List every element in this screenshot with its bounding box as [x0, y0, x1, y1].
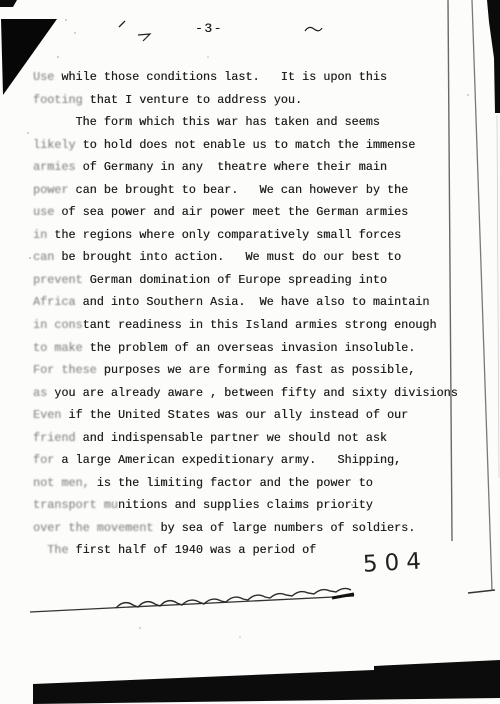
faded-cutoff-text: Use — [33, 70, 61, 84]
faded-cutoff-text: over the movement — [33, 521, 160, 535]
faint-edge-line — [497, 115, 499, 478]
black-scan-band — [33, 660, 500, 704]
faded-cutoff-text: friend — [33, 431, 83, 445]
line-text: purposes we are forming as fast as possi… — [104, 363, 416, 377]
text-line: Even if the United States was our ally i… — [33, 404, 473, 427]
line-text: you are already aware , between fifty an… — [54, 386, 458, 400]
faded-cutoff-text: for — [33, 453, 61, 467]
line-text: if the United States was our ally instea… — [68, 408, 408, 422]
text-line: armies of Germany in any theatre where t… — [33, 156, 473, 179]
text-line: Africa and into Southern Asia. We have a… — [33, 291, 473, 314]
pen-tilde-mark — [305, 27, 322, 31]
line-text: and indispensable partner we should not … — [83, 431, 387, 445]
text-line: likely to hold does not enable us to mat… — [33, 134, 473, 157]
faded-cutoff-text: as — [33, 386, 54, 400]
text-line: not men, is the limiting factor and the … — [33, 472, 473, 495]
document-lines: Use while those conditions last. It is u… — [33, 66, 473, 562]
pen-line — [30, 596, 354, 612]
faded-cutoff-text: The — [47, 543, 75, 557]
line-text: the regions where only comparatively sma… — [54, 228, 401, 242]
line-text: by sea of large numbers of soldiers. — [160, 521, 415, 535]
page-number: -3- — [195, 21, 223, 36]
handwritten-stamp: 504 — [362, 548, 428, 577]
faded-cutoff-text: in cons — [33, 318, 83, 332]
text-line: to make the problem of an overseas invas… — [33, 337, 473, 360]
faded-cutoff-text: likely — [33, 138, 83, 152]
text-line: for a large American expeditionary army.… — [33, 449, 473, 472]
faded-cutoff-text: prevent — [33, 273, 90, 287]
line-text: German domination of Europe spreading in… — [90, 273, 387, 287]
pen-tick-left — [119, 21, 125, 27]
text-line: in the regions where only comparatively … — [33, 224, 473, 247]
faded-cutoff-text: Even — [33, 408, 68, 422]
line-text: can be brought to bear. We can however b… — [75, 183, 408, 197]
text-line: Use while those conditions last. It is u… — [33, 66, 473, 89]
text-line: prevent German domination of Europe spre… — [33, 269, 473, 292]
scanned-letter-page: -3- Use while those conditions last. It … — [0, 0, 500, 704]
line-text: tant readiness in this Island armies str… — [83, 318, 437, 332]
line-text: to hold does not enable us to match the … — [83, 138, 416, 152]
faded-cutoff-text: armies — [33, 160, 83, 174]
page-edge-line-right — [472, 0, 492, 590]
line-text: that I venture to address you. — [90, 93, 302, 107]
corner-strip-mark — [0, 0, 17, 7]
faded-cutoff-text: footing — [33, 93, 90, 107]
line-text: a large American expeditionary army. Shi… — [61, 453, 401, 467]
faded-cutoff-text: For these — [33, 363, 104, 377]
line-text: while those conditions last. It is upon … — [61, 70, 387, 84]
line-text: the problem of an overseas invasion inso… — [90, 341, 416, 355]
faded-cutoff-text: power — [33, 183, 75, 197]
text-line: friend and indispensable partner we shou… — [33, 427, 473, 450]
text-line: The form which this war has taken and se… — [33, 111, 473, 134]
scalloped-line-end — [332, 594, 354, 598]
text-line: can be brought into action. We must do o… — [33, 246, 473, 269]
line-text: of Germany in any theatre where their ma… — [83, 160, 387, 174]
text-line: use of sea power and air power meet the … — [33, 201, 473, 224]
text-line: over the movement by sea of large number… — [33, 517, 473, 540]
text-line: For these purposes we are forming as fas… — [33, 359, 473, 382]
text-line: transport munitions and supplies claims … — [33, 494, 473, 517]
line-text: is the limiting factor and the power to — [97, 476, 373, 490]
faded-cutoff-text: not men, — [33, 476, 97, 490]
text-line: in constant readiness in this Island arm… — [33, 314, 473, 337]
line-text: be brought into action. We must do our b… — [61, 250, 401, 264]
pen-check-mark — [138, 34, 150, 41]
line-text: nitions and supplies claims priority — [118, 498, 373, 512]
edge-line-hook — [468, 590, 495, 593]
scalloped-pen-line — [116, 588, 351, 608]
faded-cutoff-text: use — [33, 205, 61, 219]
faded-cutoff-text: in — [33, 228, 54, 242]
line-text: The form which this war has taken and se… — [75, 115, 379, 129]
line-text: and into Southern Asia. We have also to … — [83, 295, 430, 309]
faded-cutoff-text: to make — [33, 341, 90, 355]
faded-cutoff-text: Africa — [33, 295, 83, 309]
black-edge-wedge — [487, 0, 500, 113]
line-text: first half of 1940 was a period of — [75, 543, 316, 557]
text-line: power can be brought to bear. We can how… — [33, 179, 473, 202]
text-line: as you are already aware , between fifty… — [33, 382, 473, 405]
faded-cutoff-text: can — [33, 250, 61, 264]
text-line: footing that I venture to address you. — [33, 89, 473, 112]
line-text: of sea power and air power meet the Germ… — [61, 205, 408, 219]
faded-cutoff-text: transport mu — [33, 498, 118, 512]
